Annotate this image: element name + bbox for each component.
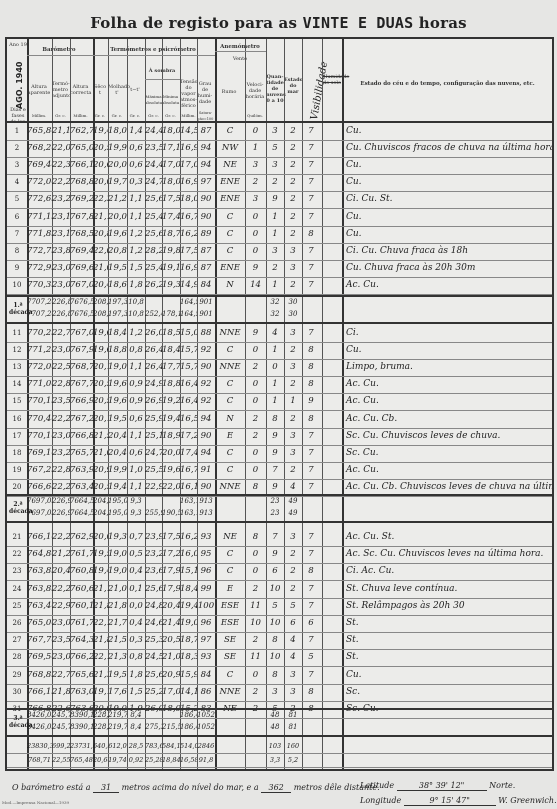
cell-nuv: 1 bbox=[266, 376, 284, 393]
table-row: 9772,9523,0769,6321,019,51,525,419,116,9… bbox=[7, 260, 552, 277]
cell-hum: 96 bbox=[197, 615, 215, 632]
sky-observation: Ci. Ac. Cu. bbox=[342, 563, 552, 580]
cell-diff: 0,4 bbox=[127, 563, 145, 580]
decade-value bbox=[215, 722, 245, 732]
decade-value bbox=[245, 297, 266, 307]
table-row: 30766,1521,8763,0219,117,61,525,217,014,… bbox=[7, 684, 552, 701]
cell-rumo: C bbox=[215, 546, 245, 563]
table-row: 15770,1523,5766,9220,519,60,926,919,216,… bbox=[7, 393, 552, 410]
table-row: 18769,1023,2765,7521,020,40,624,720,017,… bbox=[7, 445, 552, 462]
cell-min: 20,0 bbox=[162, 445, 180, 462]
table-row: 11770,2522,7767,0019,618,41,226,018,515,… bbox=[7, 325, 552, 342]
sky-observation: Cu. bbox=[342, 667, 552, 684]
cell-vis: 7 bbox=[302, 157, 320, 174]
total-value: 2846 bbox=[197, 741, 215, 751]
cell-corr: 767,21 bbox=[70, 411, 93, 428]
decade-value: 913 bbox=[197, 508, 215, 518]
cell-mar: 2 bbox=[284, 376, 302, 393]
cell-molh: 19,6 bbox=[108, 393, 127, 410]
cell-alt: 767,25 bbox=[27, 462, 52, 479]
cell-min: 18,4 bbox=[162, 342, 180, 359]
cell-alt: 768,85 bbox=[27, 667, 52, 684]
unit-millim: Millim. bbox=[27, 113, 51, 119]
cell-alt: 767,70 bbox=[27, 632, 52, 649]
cell-hum: 90 bbox=[197, 428, 215, 445]
crossed-header: Humidade do solo bbox=[323, 74, 341, 86]
cell-min: 17,5 bbox=[162, 191, 180, 208]
cell-vel: 8 bbox=[245, 529, 266, 546]
cell-diff: 1,8 bbox=[127, 277, 145, 294]
seco-header: Sêco t bbox=[93, 84, 107, 96]
decade-value: 226,8 bbox=[52, 297, 70, 307]
cell-term: 22,9 bbox=[52, 598, 70, 615]
cell-corr: 763,02 bbox=[70, 684, 93, 701]
decade-value bbox=[215, 309, 245, 319]
cell-seco: 21,0 bbox=[93, 260, 108, 277]
decade-value: 1052 bbox=[197, 722, 215, 732]
cell-corr: 761,72 bbox=[70, 615, 93, 632]
total-value: 783,6 bbox=[145, 741, 162, 751]
decade-value: 7664,52 bbox=[70, 496, 93, 506]
cell-seco: 20,9 bbox=[93, 462, 108, 479]
sky-observation: Cu. bbox=[342, 157, 552, 174]
decade-value: 226,9 bbox=[52, 496, 70, 506]
day-number: 27 bbox=[7, 632, 27, 649]
total-value: 28,5 bbox=[127, 741, 145, 751]
decade-rule bbox=[7, 494, 552, 496]
cell-vel: 2 bbox=[245, 411, 266, 428]
cell-hum: 94 bbox=[197, 157, 215, 174]
decade-value bbox=[215, 508, 245, 518]
table-row: 21766,1022,2762,9220,019,30,723,917,516,… bbox=[7, 529, 552, 546]
cell-term: 22,8 bbox=[52, 462, 70, 479]
cell-alt: 771,20 bbox=[27, 342, 52, 359]
estado-ceu-header: Estado do céu e do tempo, configuração d… bbox=[345, 81, 550, 87]
cell-seco: 21,8 bbox=[93, 598, 108, 615]
cell-corr: 767,75 bbox=[70, 376, 93, 393]
cell-max: 25,5 bbox=[145, 462, 162, 479]
cell-seco: 20,5 bbox=[93, 393, 108, 410]
decade-value bbox=[245, 496, 266, 506]
cell-min: 21,0 bbox=[162, 649, 180, 666]
cell-max: 23,2 bbox=[145, 546, 162, 563]
cell-max: 24,5 bbox=[145, 649, 162, 666]
cell-rumo: C bbox=[215, 342, 245, 359]
cell-min: 18,0 bbox=[162, 123, 180, 140]
sky-observation: St. Chuva leve contínua. bbox=[342, 581, 552, 598]
sky-observation: St. bbox=[342, 615, 552, 632]
cell-mar: 3 bbox=[284, 260, 302, 277]
decade-value: 9,3 bbox=[127, 496, 145, 506]
cell-vis: 8 bbox=[302, 342, 320, 359]
cell-nuv: 8 bbox=[266, 411, 284, 428]
cell-min: 21,4 bbox=[162, 615, 180, 632]
altura-aparente-header: Altura aparente bbox=[27, 84, 51, 96]
cell-nuv: 1 bbox=[266, 342, 284, 359]
cell-term: 22,0 bbox=[52, 140, 70, 157]
table-row: 16770,4022,2767,2120,119,50,625,919,416,… bbox=[7, 411, 552, 428]
cell-tens: 15,7 bbox=[180, 342, 197, 359]
decade-value: 7676,57 bbox=[70, 297, 93, 307]
decade-value: 7707,20 bbox=[27, 309, 52, 319]
cell-hum: 86 bbox=[197, 684, 215, 701]
decade-rule bbox=[7, 708, 552, 710]
cell-corr: 767,84 bbox=[70, 209, 93, 226]
decade-value bbox=[215, 496, 245, 506]
cell-molh: 18,8 bbox=[108, 342, 127, 359]
cell-term: 21,8 bbox=[52, 684, 70, 701]
cell-vis: 5 bbox=[302, 649, 320, 666]
day-number: 16 bbox=[7, 411, 27, 428]
cell-alt: 769,40 bbox=[27, 157, 52, 174]
humidade-header: Grau de humi-dade bbox=[197, 81, 213, 105]
cell-seco: 19,6 bbox=[93, 342, 108, 359]
decade-rule bbox=[7, 735, 552, 737]
decade-rule bbox=[7, 521, 552, 523]
sky-observation: St. Relâmpagos às 20h 30 bbox=[342, 598, 552, 615]
decade-value: 197,3 bbox=[108, 309, 127, 319]
cell-min: 20,4 bbox=[162, 598, 180, 615]
table-row: 7771,8523,1768,5420,819,61,225,618,716,2… bbox=[7, 226, 552, 243]
cell-mar: 2 bbox=[284, 157, 302, 174]
cell-term: 23,0 bbox=[52, 428, 70, 445]
cell-term: 21,2 bbox=[52, 546, 70, 563]
cell-vis: 7 bbox=[302, 140, 320, 157]
cell-mar: 2 bbox=[284, 462, 302, 479]
cell-term: 22,2 bbox=[52, 174, 70, 191]
cell-alt: 770,15 bbox=[27, 393, 52, 410]
cell-term: 22,8 bbox=[52, 376, 70, 393]
sky-observation: Ac. Cu. bbox=[342, 393, 552, 410]
cell-mar: 2 bbox=[284, 140, 302, 157]
total-value: 0,92 bbox=[127, 755, 145, 765]
cell-seco: 20,0 bbox=[93, 174, 108, 191]
decade-value: 7697,05 bbox=[27, 496, 52, 506]
cell-tens: 19,0 bbox=[180, 615, 197, 632]
sky-observation: Ac. Cu. Cb. bbox=[342, 411, 552, 428]
cell-mar: 3 bbox=[284, 684, 302, 701]
cell-diff: 1,5 bbox=[127, 684, 145, 701]
cell-min: 18,5 bbox=[162, 325, 180, 342]
cell-molh: 21,0 bbox=[108, 581, 127, 598]
cell-corr: 766,80 bbox=[70, 428, 93, 445]
total-value: 5,2 bbox=[284, 755, 302, 765]
cell-vis: 7 bbox=[302, 581, 320, 598]
cell-alt: 765,00 bbox=[27, 615, 52, 632]
cell-hum: 92 bbox=[197, 393, 215, 410]
termometro-adjunto-header: Termó-metro adjunto bbox=[52, 81, 69, 99]
barometer-group: Barómetro bbox=[27, 47, 91, 53]
cell-term: 22,7 bbox=[52, 667, 70, 684]
cell-alt: 766,10 bbox=[27, 529, 52, 546]
sky-observation: Cu. bbox=[342, 209, 552, 226]
cell-nuv: 3 bbox=[266, 123, 284, 140]
cell-vis: 7 bbox=[302, 462, 320, 479]
cell-vis: 7 bbox=[302, 529, 320, 546]
table-row: 8772,7523,8769,4322,020,81,228,219,817,5… bbox=[7, 243, 552, 260]
decade-rule bbox=[7, 322, 552, 324]
sky-observation: Cu. bbox=[342, 123, 552, 140]
decade-value: 48 bbox=[266, 722, 284, 732]
decade-value: 30 bbox=[284, 309, 302, 319]
sky-observation: Ci. Cu. Chuva fraca às 18h bbox=[342, 243, 552, 260]
cell-hum: 94 bbox=[197, 411, 215, 428]
month-value: AGO. bbox=[15, 87, 24, 109]
cell-molh: 21,2 bbox=[108, 191, 127, 208]
decade-value: 228,1 bbox=[93, 722, 108, 732]
latitude-suffix: Norte. bbox=[489, 781, 515, 790]
cell-hum: 100 bbox=[197, 598, 215, 615]
total-value: 160 bbox=[284, 741, 302, 751]
cell-mar: 6 bbox=[284, 615, 302, 632]
barometer-mid: metros acima do nível do mar, e a bbox=[122, 783, 259, 792]
cell-max: 24,6 bbox=[145, 615, 162, 632]
cell-hum: 88 bbox=[197, 325, 215, 342]
cell-term: 23,1 bbox=[52, 209, 70, 226]
decade-value: 913 bbox=[197, 496, 215, 506]
cell-mar: 2 bbox=[284, 563, 302, 580]
cell-rumo: C bbox=[215, 667, 245, 684]
decade-value: 275,3 bbox=[145, 722, 162, 732]
day-number: 18 bbox=[7, 445, 27, 462]
day-number: 30 bbox=[7, 684, 27, 701]
cell-min: 20,5 bbox=[162, 632, 180, 649]
cell-max: 25,9 bbox=[145, 411, 162, 428]
table-row: 23763,8520,4760,8719,419,00,423,617,915,… bbox=[7, 563, 552, 580]
cell-molh: 21,3 bbox=[108, 649, 127, 666]
decade-value: 81 bbox=[284, 722, 302, 732]
cell-molh: 19,9 bbox=[108, 462, 127, 479]
cell-hum: 84 bbox=[197, 277, 215, 294]
row-rule bbox=[7, 767, 552, 768]
tensao-header: Tensão do vapor atmos-férico bbox=[180, 79, 197, 109]
cell-max: 25,4 bbox=[145, 209, 162, 226]
cell-vel: 9 bbox=[245, 325, 266, 342]
decade-summary: 3.ª década8426,05245,78390,16228,1219,78… bbox=[7, 709, 552, 733]
cell-corr: 768,81 bbox=[70, 174, 93, 191]
cell-max: 25,6 bbox=[145, 581, 162, 598]
unit-gr: Gr. c. bbox=[145, 113, 162, 119]
cell-term: 23,5 bbox=[52, 393, 70, 410]
decade-value: 178,1 bbox=[162, 309, 180, 319]
cell-mar: 3 bbox=[284, 359, 302, 376]
cell-hum: 96 bbox=[197, 563, 215, 580]
cell-diff: 0,3 bbox=[127, 632, 145, 649]
table-row: 26765,0023,0761,7222,121,70,424,621,419,… bbox=[7, 615, 552, 632]
year-label: Ano 19 bbox=[9, 42, 27, 48]
cell-vis: 9 bbox=[302, 393, 320, 410]
sky-observation: Ac. Sc. Cu. Chuviscos leves na última ho… bbox=[342, 546, 552, 563]
cell-mar: 2 bbox=[284, 411, 302, 428]
day-number: 7 bbox=[7, 226, 27, 243]
day-number: 6 bbox=[7, 209, 27, 226]
cell-min: 19,1 bbox=[162, 260, 180, 277]
cell-rumo: C bbox=[215, 563, 245, 580]
cell-molh: 19,6 bbox=[108, 226, 127, 243]
decade-value: 10,8 bbox=[127, 297, 145, 307]
day-number: 28 bbox=[7, 649, 27, 666]
decade-value: 219,7 bbox=[108, 722, 127, 732]
mar-header: Estado do mar bbox=[284, 77, 302, 95]
cell-max: 25,6 bbox=[145, 191, 162, 208]
altura-correcta-header: Altura correcta bbox=[70, 84, 91, 96]
decade-value: 252,4 bbox=[145, 309, 162, 319]
decade-value: 186,4 bbox=[180, 710, 197, 720]
cell-hum: 89 bbox=[197, 226, 215, 243]
cell-tens: 17,0 bbox=[180, 157, 197, 174]
decade-value: 49 bbox=[284, 496, 302, 506]
cell-tens: 14,5 bbox=[180, 123, 197, 140]
cell-molh: 20,4 bbox=[108, 445, 127, 462]
cell-term: 23,0 bbox=[52, 342, 70, 359]
cell-corr: 761,75 bbox=[70, 546, 93, 563]
decade-value: 255,9 bbox=[145, 508, 162, 518]
cell-nuv: 10 bbox=[266, 581, 284, 598]
cell-vis: 7 bbox=[302, 174, 320, 191]
cell-nuv: 2 bbox=[266, 260, 284, 277]
cell-nuv: 1 bbox=[266, 393, 284, 410]
decade-value: 163,1 bbox=[180, 508, 197, 518]
cell-vis: 7 bbox=[302, 260, 320, 277]
cell-vel: 0 bbox=[245, 462, 266, 479]
day-number: 14 bbox=[7, 376, 27, 393]
sky-observation: Cu. bbox=[342, 342, 552, 359]
decade-value: 8390,16 bbox=[70, 722, 93, 732]
cell-corr: 760,13 bbox=[70, 598, 93, 615]
cell-alt: 769,50 bbox=[27, 649, 52, 666]
cell-vel: 3 bbox=[245, 191, 266, 208]
day-number: 10 bbox=[7, 277, 27, 294]
decade-value bbox=[145, 496, 162, 506]
cell-min: 17,9 bbox=[162, 581, 180, 598]
molhado-header: Molhado t' bbox=[108, 84, 126, 96]
cell-nuv: 5 bbox=[266, 140, 284, 157]
barometer-note: O barómetro está a 31 metros acima do ní… bbox=[12, 783, 380, 793]
total-value: 103 bbox=[266, 741, 284, 751]
cell-nuv: 3 bbox=[266, 243, 284, 260]
cell-vis: 7 bbox=[302, 598, 320, 615]
sky-observation: Ac. Cu. bbox=[342, 376, 552, 393]
barometer-distance: 362 bbox=[261, 783, 291, 793]
cell-vel: 2 bbox=[245, 684, 266, 701]
cell-molh: 19,5 bbox=[108, 411, 127, 428]
cell-max: 23,6 bbox=[145, 563, 162, 580]
sky-observation: Ac. Cu. bbox=[342, 277, 552, 294]
decade-label: 2.ª década bbox=[9, 501, 27, 515]
cell-tens: 16,0 bbox=[180, 546, 197, 563]
page-title: Folha de registo para as VINTE E DUAS ho… bbox=[0, 14, 557, 32]
cell-molh: 21,8 bbox=[108, 598, 127, 615]
cell-vis: 8 bbox=[302, 376, 320, 393]
velocidade-header: Veloci-dade horária bbox=[245, 82, 265, 100]
table-row: 28769,5023,0766,2022,121,30,824,521,018,… bbox=[7, 649, 552, 666]
decade-value: 8390,16 bbox=[70, 710, 93, 720]
decade-value: 226,8 bbox=[52, 309, 70, 319]
cell-min: 19,4 bbox=[162, 411, 180, 428]
cell-seco: 21,1 bbox=[93, 209, 108, 226]
visibility-header-handwritten: Visibilidade bbox=[309, 61, 330, 121]
table-row: 24763,8522,2760,6721,121,00,125,617,918,… bbox=[7, 581, 552, 598]
cell-term: 23,8 bbox=[52, 243, 70, 260]
cell-term: 23,0 bbox=[52, 615, 70, 632]
cell-seco: 22,1 bbox=[93, 615, 108, 632]
decade-value: 30 bbox=[284, 297, 302, 307]
cell-alt: 771,15 bbox=[27, 209, 52, 226]
cell-diff: 1,2 bbox=[127, 243, 145, 260]
cell-molh: 18,0 bbox=[108, 123, 127, 140]
day-number: 1 bbox=[7, 123, 27, 140]
cell-corr: 768,77 bbox=[70, 359, 93, 376]
cell-alt: 770,25 bbox=[27, 325, 52, 342]
cell-rumo: NNE bbox=[215, 359, 245, 376]
cell-tens: 15,1 bbox=[180, 563, 197, 580]
cell-seco: 21,8 bbox=[93, 632, 108, 649]
cell-molh: 20,0 bbox=[108, 157, 127, 174]
decade-value bbox=[162, 297, 180, 307]
cell-vel: 0 bbox=[245, 243, 266, 260]
cell-tens: 17,5 bbox=[180, 243, 197, 260]
cell-max: 26,4 bbox=[145, 359, 162, 376]
cell-molh: 19,0 bbox=[108, 563, 127, 580]
sky-observation: Sc. bbox=[342, 684, 552, 701]
cell-seco: 21,1 bbox=[93, 581, 108, 598]
decade-summary: 1.ª década7707,20226,87676,57208,1197,31… bbox=[7, 296, 552, 320]
sky-observation: Cu. Chuva fraca às 20h 30m bbox=[342, 260, 552, 277]
cell-vis: 8 bbox=[302, 684, 320, 701]
cell-diff: 0,9 bbox=[127, 393, 145, 410]
total-value: 16,58 bbox=[180, 755, 197, 765]
cell-nuv: 5 bbox=[266, 598, 284, 615]
cell-mar: 3 bbox=[284, 243, 302, 260]
cell-term: 23,5 bbox=[52, 632, 70, 649]
cell-rumo: NNE bbox=[215, 325, 245, 342]
cell-hum: 91 bbox=[197, 462, 215, 479]
cell-alt: 770,10 bbox=[27, 428, 52, 445]
cell-alt: 763,85 bbox=[27, 563, 52, 580]
sky-observation: Ci. bbox=[342, 325, 552, 342]
cell-diff: 0,6 bbox=[127, 411, 145, 428]
cell-diff: 1,5 bbox=[127, 260, 145, 277]
cell-term: 23,1 bbox=[52, 226, 70, 243]
longitude-line: Longitude 9° 15' 47" W. Greenwich. bbox=[360, 796, 557, 806]
cell-corr: 766,19 bbox=[70, 157, 93, 174]
anemometer-group: Anemómetro bbox=[215, 44, 265, 50]
cell-tens: 15,9 bbox=[180, 667, 197, 684]
cell-vis: 7 bbox=[302, 123, 320, 140]
cell-term: 23,0 bbox=[52, 277, 70, 294]
day-number: 23 bbox=[7, 563, 27, 580]
cell-molh: 18,4 bbox=[108, 325, 127, 342]
total-value: 3,3 bbox=[266, 755, 284, 765]
sky-observation: Sc. Cu. bbox=[342, 445, 552, 462]
cell-diff: 1,8 bbox=[127, 667, 145, 684]
cell-hum: 93 bbox=[197, 529, 215, 546]
table-row: 17770,1023,0766,8021,520,41,125,118,917,… bbox=[7, 428, 552, 445]
decade-label: 3.ª década bbox=[9, 715, 27, 729]
cell-alt: 763,85 bbox=[27, 581, 52, 598]
cell-min: 17,9 bbox=[162, 563, 180, 580]
cell-nuv: 8 bbox=[266, 632, 284, 649]
cell-tens: 14,1 bbox=[180, 684, 197, 701]
cell-nuv: 1 bbox=[266, 226, 284, 243]
longitude-value: 9° 15' 47" bbox=[404, 796, 496, 806]
cell-mar: 2 bbox=[284, 342, 302, 359]
cell-seco: 20,5 bbox=[93, 140, 108, 157]
cell-rumo: SE bbox=[215, 632, 245, 649]
cell-vel: 0 bbox=[245, 667, 266, 684]
total-value: 23830,30 bbox=[27, 741, 52, 751]
cell-max: 24,7 bbox=[145, 445, 162, 462]
